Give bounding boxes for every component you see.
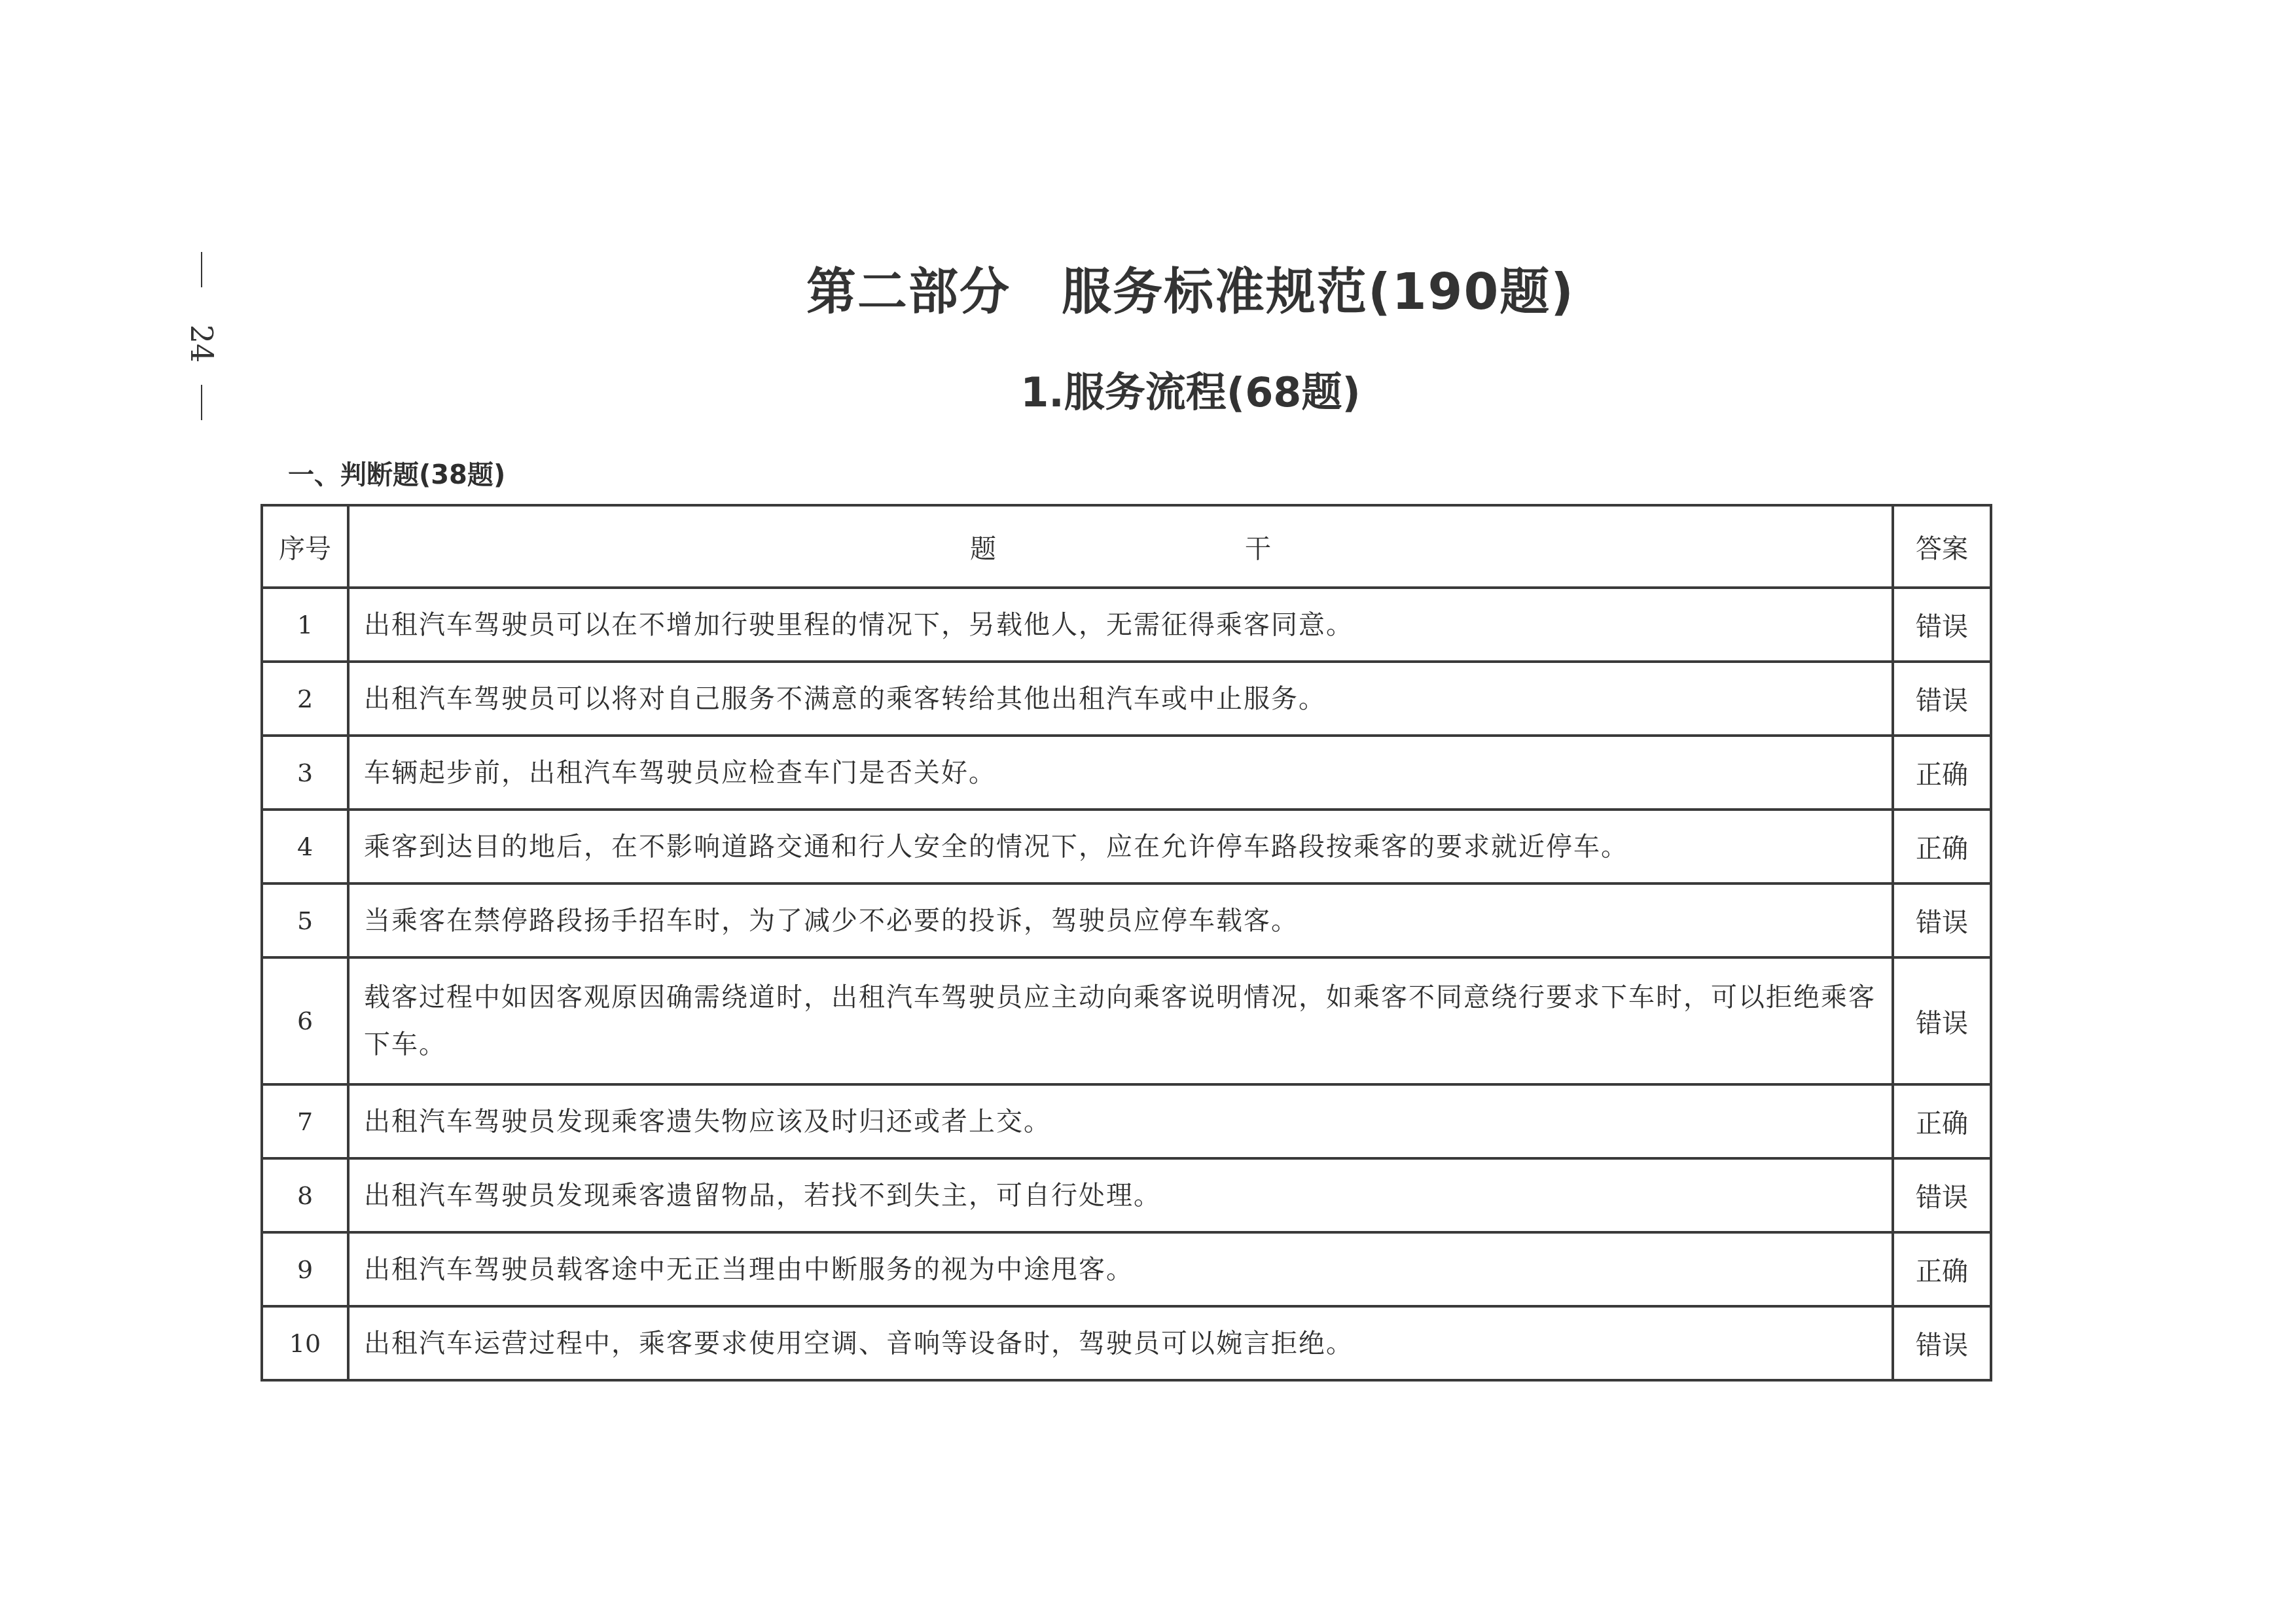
row-answer: 正确	[1893, 736, 1991, 810]
row-number: 4	[262, 810, 348, 883]
row-question: 出租汽车驾驶员发现乘客遗失物应该及时归还或者上交。	[348, 1084, 1893, 1158]
row-number: 3	[262, 736, 348, 810]
question-type-heading: 一、判断题(38题)	[288, 454, 505, 491]
row-question: 出租汽车驾驶员可以将对自己服务不满意的乘客转给其他出租汽车或中止服务。	[348, 662, 1893, 736]
table-row: 9 出租汽车驾驶员载客途中无正当理由中断服务的视为中途甩客。 正确	[262, 1232, 1991, 1306]
table-row: 2 出租汽车驾驶员可以将对自己服务不满意的乘客转给其他出租汽车或中止服务。 错误	[262, 662, 1991, 736]
row-question: 出租汽车运营过程中，乘客要求使用空调、音响等设备时，驾驶员可以婉言拒绝。	[348, 1306, 1893, 1380]
questions-table: 序号 题干 答案 1 出租汽车驾驶员可以在不增加行驶里程的情况下，另载他人，无需…	[260, 504, 1992, 1382]
row-number: 2	[262, 662, 348, 736]
table-row: 8 出租汽车驾驶员发现乘客遗留物品，若找不到失主，可自行处理。 错误	[262, 1158, 1991, 1232]
row-number: 1	[262, 588, 348, 662]
header-number: 序号	[262, 505, 348, 588]
table-row: 10 出租汽车运营过程中，乘客要求使用空调、音响等设备时，驾驶员可以婉言拒绝。 …	[262, 1306, 1991, 1380]
row-question: 出租汽车驾驶员载客途中无正当理由中断服务的视为中途甩客。	[348, 1232, 1893, 1306]
table-row: 4 乘客到达目的地后，在不影响道路交通和行人安全的情况下，应在允许停车路段按乘客…	[262, 810, 1991, 883]
row-number: 6	[262, 957, 348, 1084]
row-question: 载客过程中如因客观原因确需绕道时，出租汽车驾驶员应主动向乘客说明情况，如乘客不同…	[348, 957, 1893, 1084]
table-row: 3 车辆起步前，出租汽车驾驶员应检查车门是否关好。 正确	[262, 736, 1991, 810]
page-number: 24	[182, 324, 221, 363]
row-question: 出租汽车驾驶员发现乘客遗留物品，若找不到失主，可自行处理。	[348, 1158, 1893, 1232]
row-answer: 错误	[1893, 1158, 1991, 1232]
header-answer: 答案	[1893, 505, 1991, 588]
table-header-row: 序号 题干 答案	[262, 505, 1991, 588]
header-question: 题干	[348, 505, 1893, 588]
row-answer: 错误	[1893, 883, 1991, 957]
row-answer: 正确	[1893, 1084, 1991, 1158]
row-question: 出租汽车驾驶员可以在不增加行驶里程的情况下，另载他人，无需征得乘客同意。	[348, 588, 1893, 662]
row-question: 当乘客在禁停路段扬手招车时，为了减少不必要的投诉，驾驶员应停车载客。	[348, 883, 1893, 957]
row-number: 5	[262, 883, 348, 957]
row-answer: 错误	[1893, 662, 1991, 736]
table-row: 6 载客过程中如因客观原因确需绕道时，出租汽车驾驶员应主动向乘客说明情况，如乘客…	[262, 957, 1991, 1084]
section-subtitle: 1.服务流程(68题)	[0, 360, 2296, 418]
row-answer: 正确	[1893, 810, 1991, 883]
row-number: 8	[262, 1158, 348, 1232]
row-question: 车辆起步前，出租汽车驾驶员应检查车门是否关好。	[348, 736, 1893, 810]
row-answer: 错误	[1893, 1306, 1991, 1380]
table-row: 7 出租汽车驾驶员发现乘客遗失物应该及时归还或者上交。 正确	[262, 1084, 1991, 1158]
row-number: 10	[262, 1306, 348, 1380]
page-title: 第二部分 服务标准规范(190题)	[0, 252, 2296, 323]
row-question: 乘客到达目的地后，在不影响道路交通和行人安全的情况下，应在允许停车路段按乘客的要…	[348, 810, 1893, 883]
row-number: 7	[262, 1084, 348, 1158]
row-answer: 错误	[1893, 588, 1991, 662]
table-row: 5 当乘客在禁停路段扬手招车时，为了减少不必要的投诉，驾驶员应停车载客。 错误	[262, 883, 1991, 957]
row-number: 9	[262, 1232, 348, 1306]
row-answer: 错误	[1893, 957, 1991, 1084]
table-row: 1 出租汽车驾驶员可以在不增加行驶里程的情况下，另载他人，无需征得乘客同意。 错…	[262, 588, 1991, 662]
row-answer: 正确	[1893, 1232, 1991, 1306]
